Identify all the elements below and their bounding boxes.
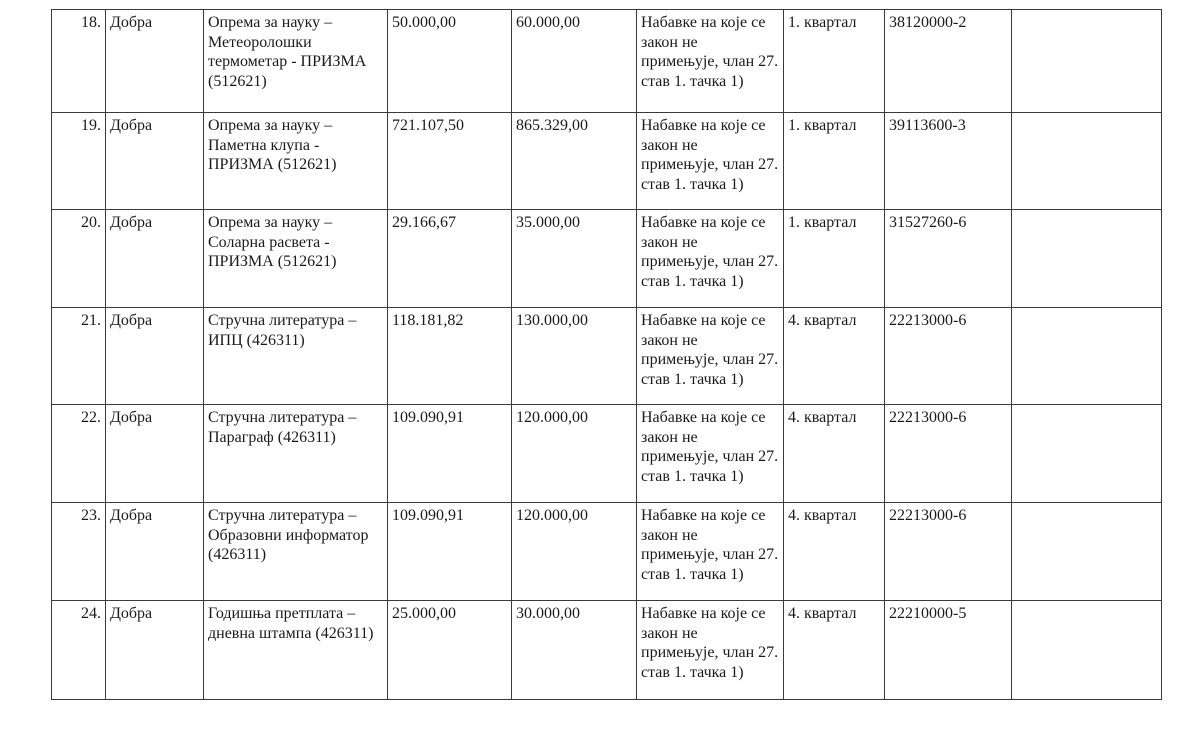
procurement-basis: Набавке на које се закон не примењује, ч… [637,10,784,113]
cpv-code: 38120000-2 [885,10,1012,113]
amount-with-vat: 35.000,00 [512,210,637,308]
cpv-code: 31527260-6 [885,210,1012,308]
item-description: Опрема за науку – Метеоролошки термомета… [204,10,388,113]
item-description: Стручна литература – Образовни информато… [204,503,388,601]
procurement-type: Добра [106,10,204,113]
amount-with-vat: 30.000,00 [512,601,637,700]
table-row: 23. Добра Стручна литература – Образовни… [52,503,1162,601]
note-cell [1012,405,1162,503]
item-description: Годишња претплата – дневна штампа (42631… [204,601,388,700]
procurement-type: Добра [106,405,204,503]
quarter: 1. квартал [784,210,885,308]
row-number: 22. [52,405,106,503]
note-cell [1012,10,1162,113]
amount-without-vat: 25.000,00 [388,601,512,700]
table-row: 24. Добра Годишња претплата – дневна шта… [52,601,1162,700]
document-page: 18. Добра Опрема за науку – Метеоролошки… [51,9,1161,700]
procurement-type: Добра [106,210,204,308]
amount-without-vat: 721.107,50 [388,113,512,210]
table-row: 20. Добра Опрема за науку – Соларна расв… [52,210,1162,308]
amount-without-vat: 50.000,00 [388,10,512,113]
note-cell [1012,503,1162,601]
table-row: 18. Добра Опрема за науку – Метеоролошки… [52,10,1162,113]
note-cell [1012,113,1162,210]
cpv-code: 39113600-3 [885,113,1012,210]
cpv-code: 22213000-6 [885,308,1012,405]
procurement-basis: Набавке на које се закон не примењује, ч… [637,210,784,308]
quarter: 4. квартал [784,503,885,601]
amount-without-vat: 109.090,91 [388,503,512,601]
procurement-basis: Набавке на које се закон не примењује, ч… [637,405,784,503]
procurement-basis: Набавке на које се закон не примењује, ч… [637,113,784,210]
amount-without-vat: 118.181,82 [388,308,512,405]
row-number: 18. [52,10,106,113]
quarter: 1. квартал [784,113,885,210]
item-description: Стручна литература – ИПЦ (426311) [204,308,388,405]
row-number: 20. [52,210,106,308]
amount-with-vat: 60.000,00 [512,10,637,113]
row-number: 24. [52,601,106,700]
table-row: 19. Добра Опрема за науку – Паметна клуп… [52,113,1162,210]
procurement-type: Добра [106,113,204,210]
procurement-basis: Набавке на које се закон не примењује, ч… [637,308,784,405]
procurement-basis: Набавке на које се закон не примењује, ч… [637,601,784,700]
quarter: 1. квартал [784,10,885,113]
note-cell [1012,210,1162,308]
item-description: Опрема за науку – Паметна клупа - ПРИЗМА… [204,113,388,210]
note-cell [1012,601,1162,700]
quarter: 4. квартал [784,405,885,503]
item-description: Стручна литература – Параграф (426311) [204,405,388,503]
amount-with-vat: 130.000,00 [512,308,637,405]
amount-without-vat: 109.090,91 [388,405,512,503]
row-number: 23. [52,503,106,601]
row-number: 19. [52,113,106,210]
procurement-type: Добра [106,308,204,405]
table-row: 22. Добра Стручна литература – Параграф … [52,405,1162,503]
amount-with-vat: 120.000,00 [512,503,637,601]
procurement-basis: Набавке на које се закон не примењује, ч… [637,503,784,601]
amount-with-vat: 865.329,00 [512,113,637,210]
amount-without-vat: 29.166,67 [388,210,512,308]
procurement-type: Добра [106,503,204,601]
quarter: 4. квартал [784,601,885,700]
cpv-code: 22213000-6 [885,405,1012,503]
procurement-plan-table: 18. Добра Опрема за науку – Метеоролошки… [51,9,1162,700]
row-number: 21. [52,308,106,405]
amount-with-vat: 120.000,00 [512,405,637,503]
item-description: Опрема за науку – Соларна расвета - ПРИЗ… [204,210,388,308]
procurement-type: Добра [106,601,204,700]
quarter: 4. квартал [784,308,885,405]
cpv-code: 22210000-5 [885,601,1012,700]
note-cell [1012,308,1162,405]
table-row: 21. Добра Стручна литература – ИПЦ (4263… [52,308,1162,405]
cpv-code: 22213000-6 [885,503,1012,601]
